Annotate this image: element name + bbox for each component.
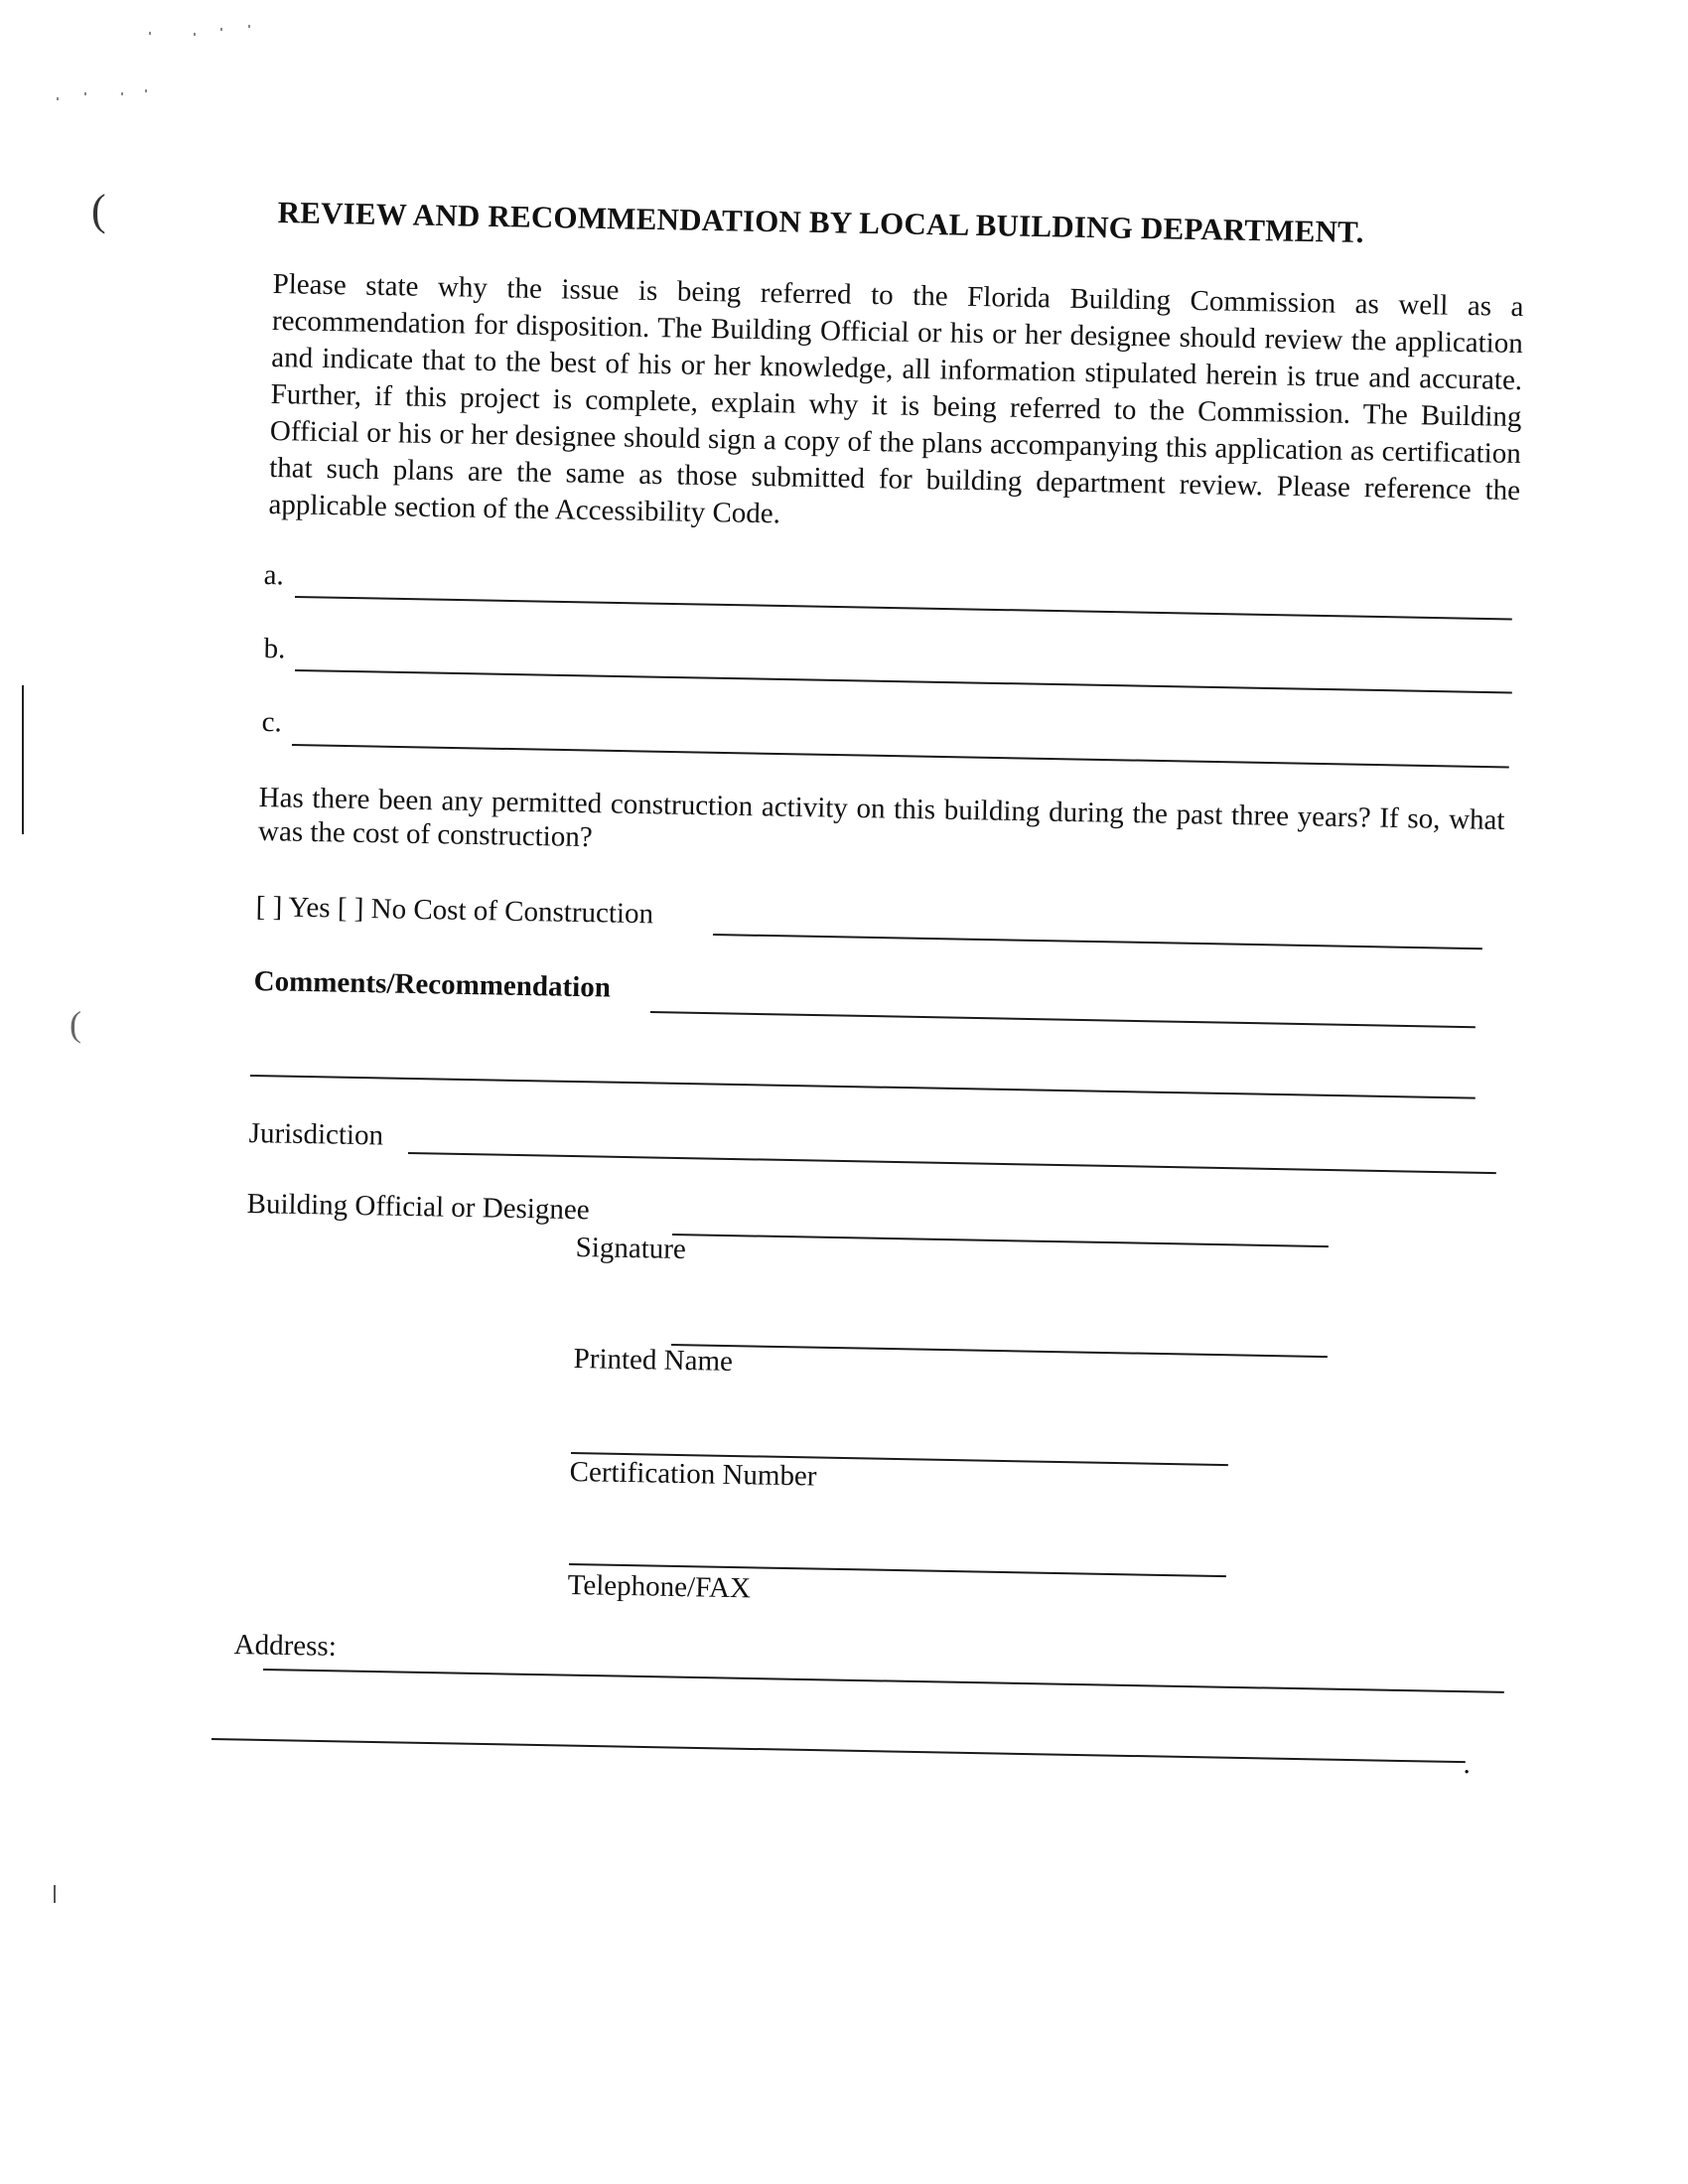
scan-artifact-tick <box>54 1885 56 1903</box>
item-c-field[interactable] <box>292 744 1509 768</box>
signature-field[interactable] <box>672 1234 1329 1247</box>
scan-speck <box>84 92 86 95</box>
item-b-label: b. <box>263 633 285 665</box>
no-checkbox[interactable]: [ ] No <box>338 893 407 926</box>
cost-row: [ ] Yes [ ] No Cost of Construction <box>255 891 653 931</box>
item-b-field[interactable] <box>295 669 1512 693</box>
jurisdiction-label: Jurisdiction <box>248 1117 383 1152</box>
scan-speck <box>121 92 123 95</box>
scanned-form-page: ( ( REVIEW AND RECOMMENDATION BY LOCAL B… <box>0 0 1688 2184</box>
signature-label: Signature <box>575 1232 686 1266</box>
yes-checkbox[interactable]: [ ] Yes <box>255 891 331 924</box>
scan-speck <box>220 28 222 31</box>
comments-label: Comments/Recommendation <box>253 965 611 1005</box>
form-title: REVIEW AND RECOMMENDATION BY LOCAL BUILD… <box>277 195 1364 250</box>
cost-of-construction-field[interactable] <box>713 934 1482 949</box>
scan-speck <box>57 97 59 100</box>
item-c-label: c. <box>261 706 282 739</box>
cost-label: Cost of Construction <box>413 894 653 930</box>
certification-number-label: Certification Number <box>569 1456 816 1494</box>
printed-name-field[interactable] <box>671 1344 1328 1358</box>
scan-speck <box>145 89 147 92</box>
address-field-line-1[interactable] <box>263 1669 1504 1693</box>
item-a-field[interactable] <box>295 596 1512 620</box>
scan-speck <box>149 32 151 35</box>
item-a-label: a. <box>263 559 284 592</box>
comments-field-line-2[interactable] <box>250 1075 1476 1099</box>
comments-field-line-1[interactable] <box>650 1011 1476 1028</box>
scan-artifact-paren-lower: ( <box>70 1003 81 1045</box>
scan-speck <box>248 25 250 28</box>
address-label: Address: <box>233 1629 337 1664</box>
trailing-period: . <box>1463 1748 1471 1781</box>
construction-question: Has there been any permitted constructio… <box>258 781 1505 871</box>
building-official-label: Building Official or Designee <box>246 1188 590 1227</box>
address-field-line-2[interactable] <box>211 1738 1466 1763</box>
printed-name-label: Printed Name <box>573 1343 733 1379</box>
scan-artifact-paren: ( <box>91 185 106 235</box>
jurisdiction-field[interactable] <box>408 1152 1496 1174</box>
instructions-paragraph: Please state why the issue is being refe… <box>268 266 1524 546</box>
telephone-fax-label: Telephone/FAX <box>567 1569 751 1605</box>
scan-speck <box>194 33 196 36</box>
scan-artifact-edge-line <box>22 685 24 834</box>
